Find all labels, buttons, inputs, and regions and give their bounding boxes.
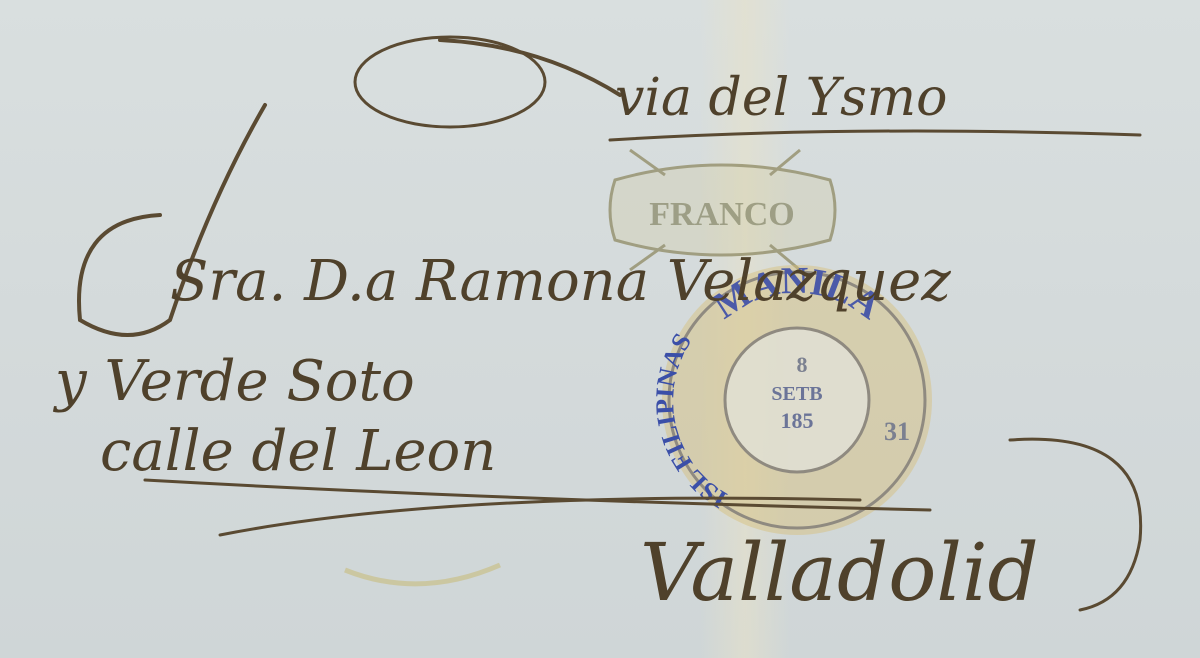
addressee-line: Sra. D.a Ramona Velazquez xyxy=(170,249,951,314)
faint-postmark xyxy=(345,565,500,584)
datestamp-month: SETB xyxy=(771,383,822,405)
cover-artwork: FRANCO MANILA ISL FILIPINAS 8 SETB 185 3… xyxy=(0,0,1200,658)
datestamp-side-number: 31 xyxy=(884,417,910,446)
route-note: via del Ysmo xyxy=(615,68,947,128)
postal-cover: FRANCO MANILA ISL FILIPINAS 8 SETB 185 3… xyxy=(0,0,1200,658)
city-line: Valladolid xyxy=(640,526,1039,619)
address-line-3: calle del Leon xyxy=(100,419,496,484)
franco-text: FRANCO xyxy=(649,196,794,233)
address-line-2: y Verde Soto xyxy=(52,349,415,414)
datestamp-year: 185 xyxy=(781,408,814,433)
datestamp-day: 8 xyxy=(797,352,808,377)
